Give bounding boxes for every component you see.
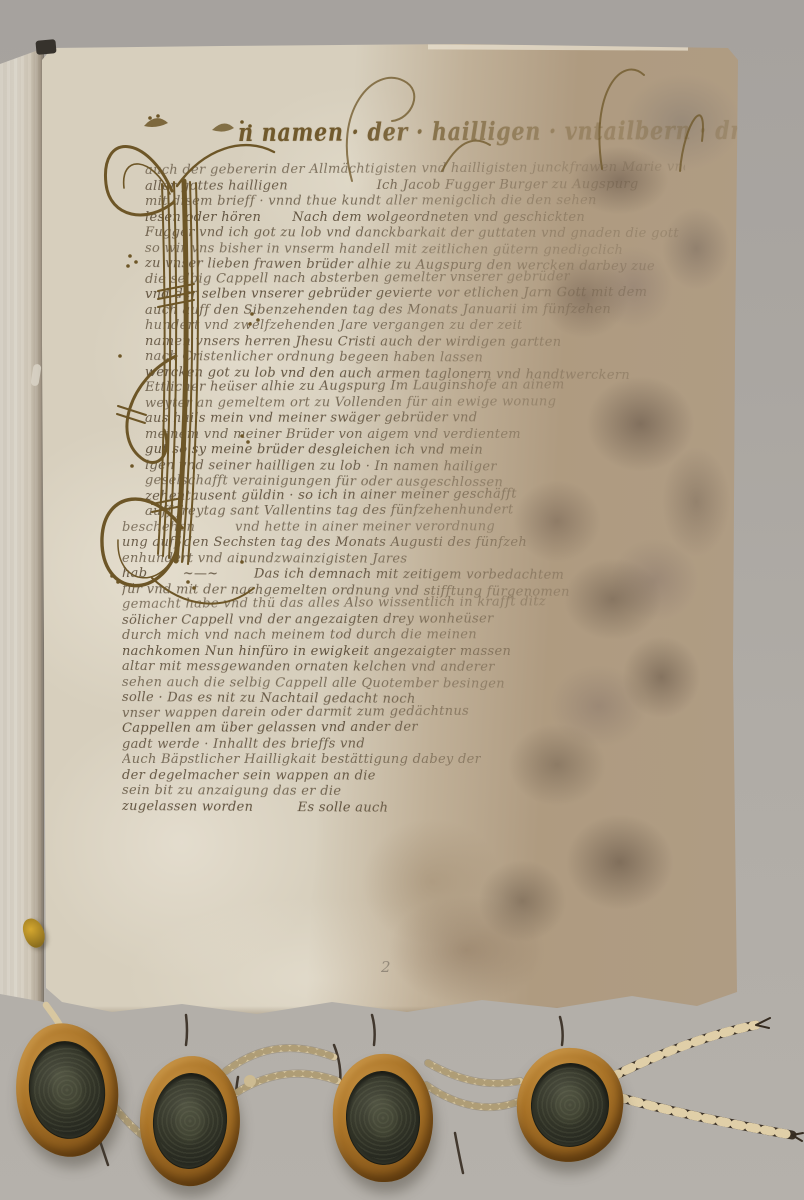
seal-impression-icon — [24, 1037, 111, 1144]
seal-impression-icon — [527, 1059, 614, 1151]
text-line: durch mich vnd nach meinem tod durch die… — [122, 627, 477, 643]
previous-leaf — [0, 46, 44, 1004]
text-line: der degelmacher sein wappen an die — [122, 768, 376, 784]
text-line: gadt werde · Inhallt des brieffs vnd — [122, 736, 365, 752]
text-line: Cappellen am über gelassen vnd ander der — [122, 720, 418, 736]
binding-tab — [35, 39, 56, 55]
charter-page: n namen · der · hailligen · vntailbern ·… — [42, 44, 738, 1018]
text-line: Auch Bäpstlicher Hailligkait bestättigun… — [122, 752, 481, 767]
text-line: zugelassen worden Es solle auch — [122, 799, 388, 816]
seal-impression-icon — [150, 1071, 230, 1172]
decorated-initial-icon — [92, 106, 322, 616]
text-line: nachkomen Nun hinfüro in ewigkeit angeza… — [122, 644, 511, 659]
parchment-texture — [0, 46, 44, 1004]
photograph-of-manuscript: n namen · der · hailligen · vntailbern ·… — [0, 0, 804, 1200]
folio-number: 2 — [381, 958, 391, 976]
seal-impression-icon — [344, 1069, 423, 1167]
text-line: sein bit zu anzaigung das er die — [122, 783, 341, 799]
calligraphic-flourish-icon — [292, 49, 712, 209]
text-line: sehen auch die selbig Cappell alle Quote… — [122, 675, 505, 692]
text-line: vnser wappen darein oder darmit zum gedä… — [122, 703, 469, 720]
text-line: altar mit messgewanden ornaten kelchen v… — [122, 659, 495, 675]
